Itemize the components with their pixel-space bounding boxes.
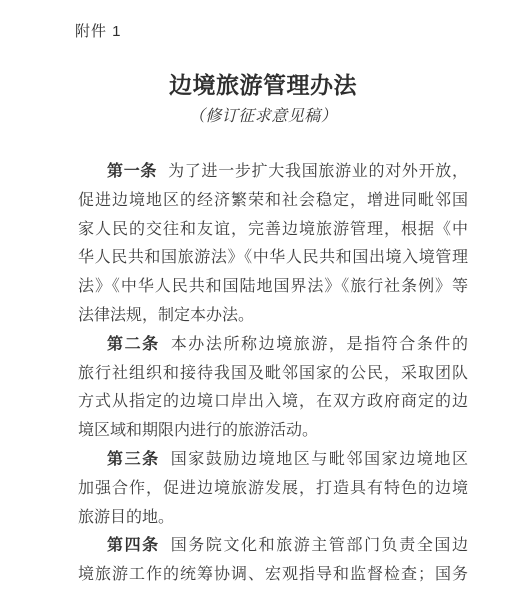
body-line: 法律法规，制定本办法。 (78, 302, 468, 331)
body-line-text: 法》《中华人民共和国陆地国界法》《旅行社条例》等 (78, 278, 468, 295)
body-line-text: 家人民的交往和友谊，完善边境旅游管理，根据《中 (78, 221, 468, 238)
document-page: 附件 1 边境旅游管理办法 （修订征求意见稿） 第一条为了进一步扩大我国旅游业的… (0, 0, 526, 600)
body-line: 境旅游工作的统筹协调、宏观指导和监督检查；国务 (78, 561, 468, 590)
body-line: 旅游目的地。 (78, 504, 468, 533)
body-line: 第三条国家鼓励边境地区与毗邻国家边境地区 (78, 446, 468, 475)
body-line-text: 促进边境地区的经济繁荣和社会稳定，增进同毗邻国 (78, 192, 468, 209)
body-line: 第四条国务院文化和旅游主管部门负责全国边 (78, 532, 468, 561)
body-line: 方式从指定的边境口岸出入境，在双方政府商定的边 (78, 388, 468, 417)
body-line: 促进边境地区的经济繁荣和社会稳定，增进同毗邻国 (78, 187, 468, 216)
body-line-text: 旅游目的地。 (78, 509, 174, 526)
body-line: 第一条为了进一步扩大我国旅游业的对外开放， (78, 158, 468, 187)
body-line-text: 为了进一步扩大我国旅游业的对外开放， (168, 163, 468, 180)
body-line: 加强合作，促进边境旅游发展，打造具有特色的边境 (78, 475, 468, 504)
body-line-text: 本办法所称边境旅游，是指符合条件的 (171, 336, 468, 353)
body-line: 旅行社组织和接待我国及毗邻国家的公民，采取团队 (78, 360, 468, 389)
body-line: 家人民的交往和友谊，完善边境旅游管理，根据《中 (78, 216, 468, 245)
body-line-text: 加强合作，促进边境旅游发展，打造具有特色的边境 (78, 480, 468, 497)
body-line: 境区域和期限内进行的旅游活动。 (78, 417, 468, 446)
body-line-text: 华人民共和国旅游法》《中华人民共和国出境入境管理 (78, 249, 468, 266)
body-line-text: 国务院文化和旅游主管部门负责全国边 (171, 537, 468, 554)
body-line-text: 国家鼓励边境地区与毗邻国家边境地区 (171, 451, 468, 468)
article-number: 第二条 (107, 336, 160, 353)
document-subtitle: （修订征求意见稿） (0, 106, 526, 127)
document-title: 边境旅游管理办法 (0, 71, 526, 99)
article-number: 第四条 (107, 537, 160, 554)
document-body: 第一条为了进一步扩大我国旅游业的对外开放，促进边境地区的经济繁荣和社会稳定，增进… (78, 158, 468, 590)
body-line: 第二条本办法所称边境旅游，是指符合条件的 (78, 331, 468, 360)
body-line: 法》《中华人民共和国陆地国界法》《旅行社条例》等 (78, 273, 468, 302)
attachment-label: 附件 1 (75, 23, 122, 41)
body-line-text: 境区域和期限内进行的旅游活动。 (78, 422, 318, 439)
body-line-text: 旅行社组织和接待我国及毗邻国家的公民，采取团队 (78, 365, 468, 382)
article-number: 第一条 (107, 163, 157, 180)
body-line: 华人民共和国旅游法》《中华人民共和国出境入境管理 (78, 244, 468, 273)
article-number: 第三条 (107, 451, 160, 468)
body-line-text: 方式从指定的边境口岸出入境，在双方政府商定的边 (78, 393, 468, 410)
body-line-text: 法律法规，制定本办法。 (78, 307, 254, 324)
body-line-text: 境旅游工作的统筹协调、宏观指导和监督检查；国务 (78, 566, 468, 583)
